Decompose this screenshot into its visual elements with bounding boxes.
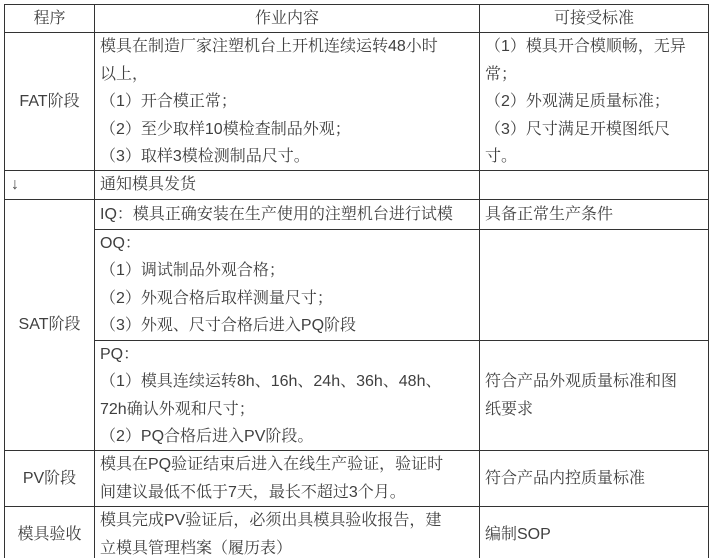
fat-work-content: 模具在制造厂家注塑机台上开机连续运转48小时 以上， （1）开合模正常； （2）… — [95, 33, 480, 171]
stage-label-mold-acceptance: 模具验收 — [5, 507, 95, 558]
pv-work-content: 模具在PQ验证结束后进入在线生产验证，验证时 间建议最低不低于7天，最长不超过3… — [95, 451, 480, 507]
stage-label-fat: FAT阶段 — [5, 33, 95, 171]
sat-oq-content: OQ： （1）调试制品外观合格； （2）外观合格后取样测量尺寸； （3）外观、尺… — [95, 229, 480, 340]
table-row-notify-shipping: ↓ 通知模具发货 — [5, 171, 709, 199]
sat-iq-content: IQ：模具正确安装在生产使用的注塑机台进行试模 — [95, 199, 480, 229]
mold-acceptance-content: 模具完成PV验证后，必须出具模具验收报告，建 立模具管理档案（履历表） — [95, 507, 480, 558]
table-row-sat-pq: PQ： （1）模具连续运转8h、16h、24h、36h、48h、 72h确认外观… — [5, 340, 709, 451]
pv-acceptance-standard: 符合产品内控质量标准 — [480, 451, 709, 507]
document-page: 程序 作业内容 可接受标准 FAT阶段 模具在制造厂家注塑机台上开机连续运转48… — [0, 0, 713, 558]
mold-qualification-table: 程序 作业内容 可接受标准 FAT阶段 模具在制造厂家注塑机台上开机连续运转48… — [4, 4, 709, 558]
notify-shipping-standard — [480, 171, 709, 199]
header-procedure: 程序 — [5, 5, 95, 33]
table-row-fat: FAT阶段 模具在制造厂家注塑机台上开机连续运转48小时 以上， （1）开合模正… — [5, 33, 709, 171]
stage-label-pv: PV阶段 — [5, 451, 95, 507]
sat-oq-standard — [480, 229, 709, 340]
table-row-mold-acceptance: 模具验收 模具完成PV验证后，必须出具模具验收报告，建 立模具管理档案（履历表）… — [5, 507, 709, 558]
table-row-pv: PV阶段 模具在PQ验证结束后进入在线生产验证，验证时 间建议最低不低于7天，最… — [5, 451, 709, 507]
mold-acceptance-standard: 编制SOP — [480, 507, 709, 558]
table-row-sat-iq: SAT阶段 IQ：模具正确安装在生产使用的注塑机台进行试模 具备正常生产条件 — [5, 199, 709, 229]
sat-pq-content: PQ： （1）模具连续运转8h、16h、24h、36h、48h、 72h确认外观… — [95, 340, 480, 451]
sat-iq-standard: 具备正常生产条件 — [480, 199, 709, 229]
table-header-row: 程序 作业内容 可接受标准 — [5, 5, 709, 33]
stage-label-sat: SAT阶段 — [5, 199, 95, 451]
fat-acceptance-standard: （1）模具开合模顺畅，无异 常； （2）外观满足质量标准； （3）尺寸满足开模图… — [480, 33, 709, 171]
header-work-content: 作业内容 — [95, 5, 480, 33]
notify-shipping-content: 通知模具发货 — [95, 171, 480, 199]
down-arrow-icon: ↓ — [5, 171, 95, 199]
header-acceptance-criteria: 可接受标准 — [480, 5, 709, 33]
table-row-sat-oq: OQ： （1）调试制品外观合格； （2）外观合格后取样测量尺寸； （3）外观、尺… — [5, 229, 709, 340]
sat-pq-standard: 符合产品外观质量标准和图 纸要求 — [480, 340, 709, 451]
